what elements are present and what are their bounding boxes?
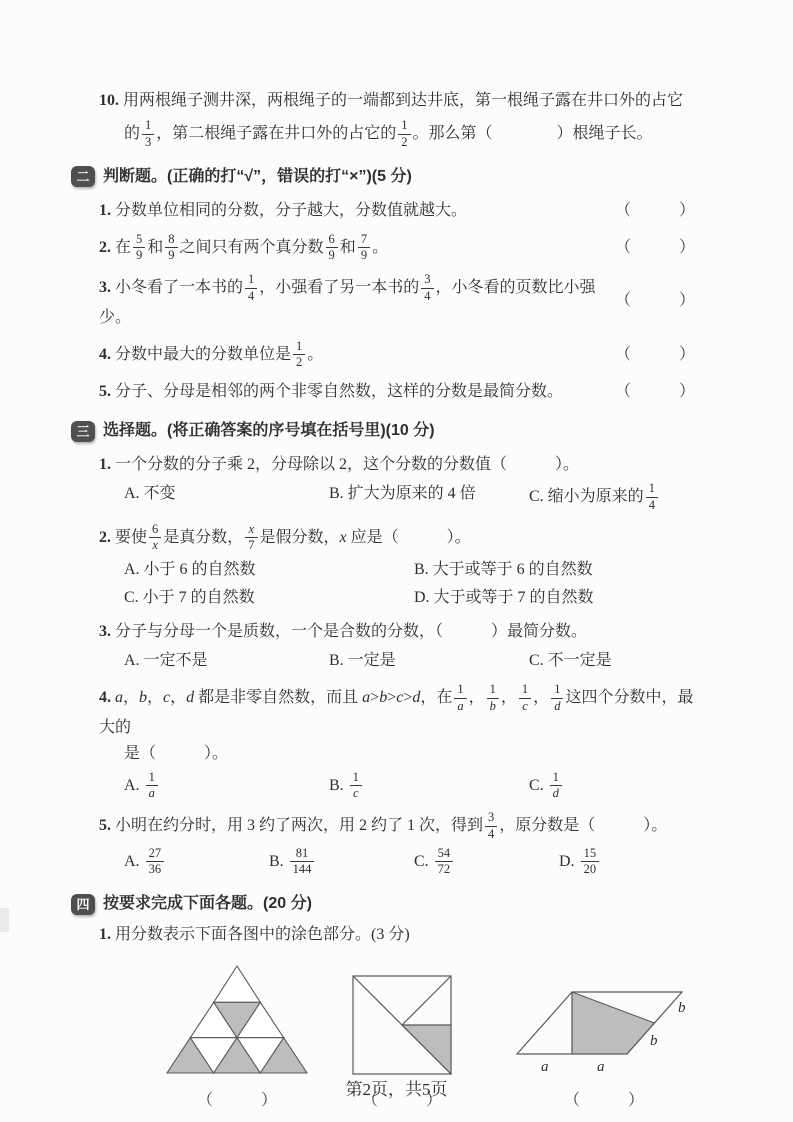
option-a: A. 2736 [124, 846, 269, 879]
choice-question-text: 3. 分子与分母一个是质数，一个是合数的分数，（ ）最简分数。 [99, 619, 695, 645]
option-c: C. 缩小为原来的14 [529, 481, 695, 514]
section-judge-badge: 二 [71, 166, 95, 187]
choice-question-text: 2. 要使6x是真分数，x7是假分数，x 应是（ ）。 [99, 522, 695, 555]
choice-question-text: 1. 一个分数的分子乘 2，分母除以 2，这个分数的分数值（ ）。 [99, 452, 695, 478]
scan-artifact [0, 908, 9, 932]
option-b: B. 81144 [269, 846, 414, 879]
answer-bracket: （ ） [611, 235, 695, 261]
question-10: 10. 用两根绳子测井深，两根绳子的一端都到达井底，第一根绳子露在井口外的占它 … [99, 88, 695, 151]
section-judge-header: 二 判断题。(正确的打“√”，错误的打“×”)(5 分) [71, 164, 695, 190]
choice-options: A. 不变 B. 扩大为原来的 4 倍 C. 缩小为原来的14 [99, 481, 695, 514]
judge-item-2: 2. 在59和89之间只有两个真分数69和79。 （ ） [99, 232, 695, 265]
option-a: A. 1a [124, 770, 329, 803]
option-c: C. 小于 7 的自然数 [124, 585, 414, 611]
option-a: A. 小于 6 的自然数 [124, 557, 414, 583]
choice-question-5: 5. 小明在约分时，用 3 约了两次，用 2 约了 1 次，得到34，原分数是（… [99, 810, 695, 878]
shaded-region [572, 992, 655, 1054]
judge-item-text: 4. 分数中最大的分数单位是12。 [99, 339, 611, 372]
choice-question-text-line1: 4. a，b，c，d 都是非零自然数，而且 a>b>c>d，在1a，1b，1c，… [99, 682, 695, 741]
choice-question-4: 4. a，b，c，d 都是非零自然数，而且 a>b>c>d，在1a，1b，1c，… [99, 682, 695, 802]
option-b: B. 扩大为原来的 4 倍 [329, 481, 529, 514]
choice-question-1: 1. 一个分数的分子乘 2，分母除以 2，这个分数的分数值（ ）。 A. 不变 … [99, 452, 695, 514]
answer-bracket: （ ） [611, 379, 695, 405]
option-d: D. 大于或等于 7 的自然数 [414, 585, 695, 611]
section-complete-header: 四 按要求完成下面各题。(20 分) [71, 891, 695, 917]
label-a2: a [597, 1059, 605, 1075]
page-number: 第2页，共5页 [0, 1075, 793, 1100]
judge-item-5: 5. 分子、分母是相邻的两个非零自然数，这样的分数是最简分数。 （ ） [99, 379, 695, 405]
option-b: B. 大于或等于 6 的自然数 [414, 557, 695, 583]
option-a: A. 不变 [124, 481, 329, 514]
label-b1: b [678, 1000, 686, 1016]
square-diagonals-image [351, 974, 453, 1076]
complete-sub-question: 1. 用分数表示下面各图中的涂色部分。(3 分) [99, 922, 695, 948]
option-d: D. 1520 [559, 846, 695, 879]
option-c: C. 5472 [414, 846, 559, 879]
choice-options: A. 1a B. 1c C. 1d [99, 770, 695, 803]
question-10-line1: 10. 用两根绳子测井深，两根绳子的一端都到达井底，第一根绳子露在井口外的占它 [99, 88, 695, 114]
question-10-line2: 的13，第二根绳子露在井口外的占它的12。那么第（ ）根绳子长。 [99, 118, 695, 151]
judge-item-text: 1. 分数单位相同的分数，分子越大，分数值就越大。 [99, 198, 611, 224]
option-b: B. 1c [329, 770, 529, 803]
answer-bracket: （ ） [611, 342, 695, 368]
judge-item-text: 3. 小冬看了一本书的14，小强看了另一本书的34，小冬看的页数比小强少。 [99, 272, 611, 331]
parallelogram-image: a a b b [509, 972, 699, 1076]
section-complete-badge: 四 [71, 894, 95, 915]
option-a: A. 一定不是 [124, 648, 329, 674]
judge-item-4: 4. 分数中最大的分数单位是12。 （ ） [99, 339, 695, 372]
option-c: C. 1d [529, 770, 695, 803]
section-complete-title: 按要求完成下面各题。(20 分) [103, 891, 312, 917]
answer-bracket: （ ） [611, 198, 695, 224]
section-choice-badge: 三 [71, 421, 95, 442]
judge-item-text: 5. 分子、分母是相邻的两个非零自然数，这样的分数是最简分数。 [99, 379, 611, 405]
section-judge-title: 判断题。(正确的打“√”，错误的打“×”)(5 分) [103, 164, 412, 190]
option-b: B. 一定是 [329, 648, 529, 674]
label-b2: b [650, 1033, 658, 1049]
choice-options: A. 2736 B. 81144 C. 5472 D. 1520 [99, 846, 695, 879]
option-c: C. 不一定是 [529, 648, 695, 674]
section-choice-header: 三 选择题。(将正确答案的序号填在括号里)(10 分) [71, 418, 695, 444]
judge-item-1: 1. 分数单位相同的分数，分子越大，分数值就越大。 （ ） [99, 198, 695, 224]
choice-question-text: 5. 小明在约分时，用 3 约了两次，用 2 约了 1 次，得到34，原分数是（… [99, 810, 695, 843]
section-choice-title: 选择题。(将正确答案的序号填在括号里)(10 分) [103, 418, 435, 444]
label-a1: a [541, 1059, 549, 1075]
exam-content: 10. 用两根绳子测井深，两根绳子的一端都到达井底，第一根绳子露在井口外的占它 … [99, 88, 695, 1114]
choice-question-3: 3. 分子与分母一个是质数，一个是合数的分数，（ ）最简分数。 A. 一定不是 … [99, 619, 695, 674]
answer-bracket: （ ） [611, 288, 695, 314]
judge-item-3: 3. 小冬看了一本书的14，小强看了另一本书的34，小冬看的页数比小强少。 （ … [99, 272, 695, 331]
exam-page: 10. 用两根绳子测井深，两根绳子的一端都到达井底，第一根绳子露在井口外的占它 … [0, 0, 793, 1122]
choice-question-2: 2. 要使6x是真分数，x7是假分数，x 应是（ ）。 A. 小于 6 的自然数… [99, 522, 695, 612]
choice-options: A. 小于 6 的自然数 B. 大于或等于 6 的自然数 C. 小于 7 的自然… [99, 557, 695, 611]
choice-question-text-line2: 是（ ）。 [99, 741, 695, 767]
judge-item-text: 2. 在59和89之间只有两个真分数69和79。 [99, 232, 611, 265]
triangle-grid-image [161, 964, 313, 1076]
choice-options: A. 一定不是 B. 一定是 C. 不一定是 [99, 648, 695, 674]
